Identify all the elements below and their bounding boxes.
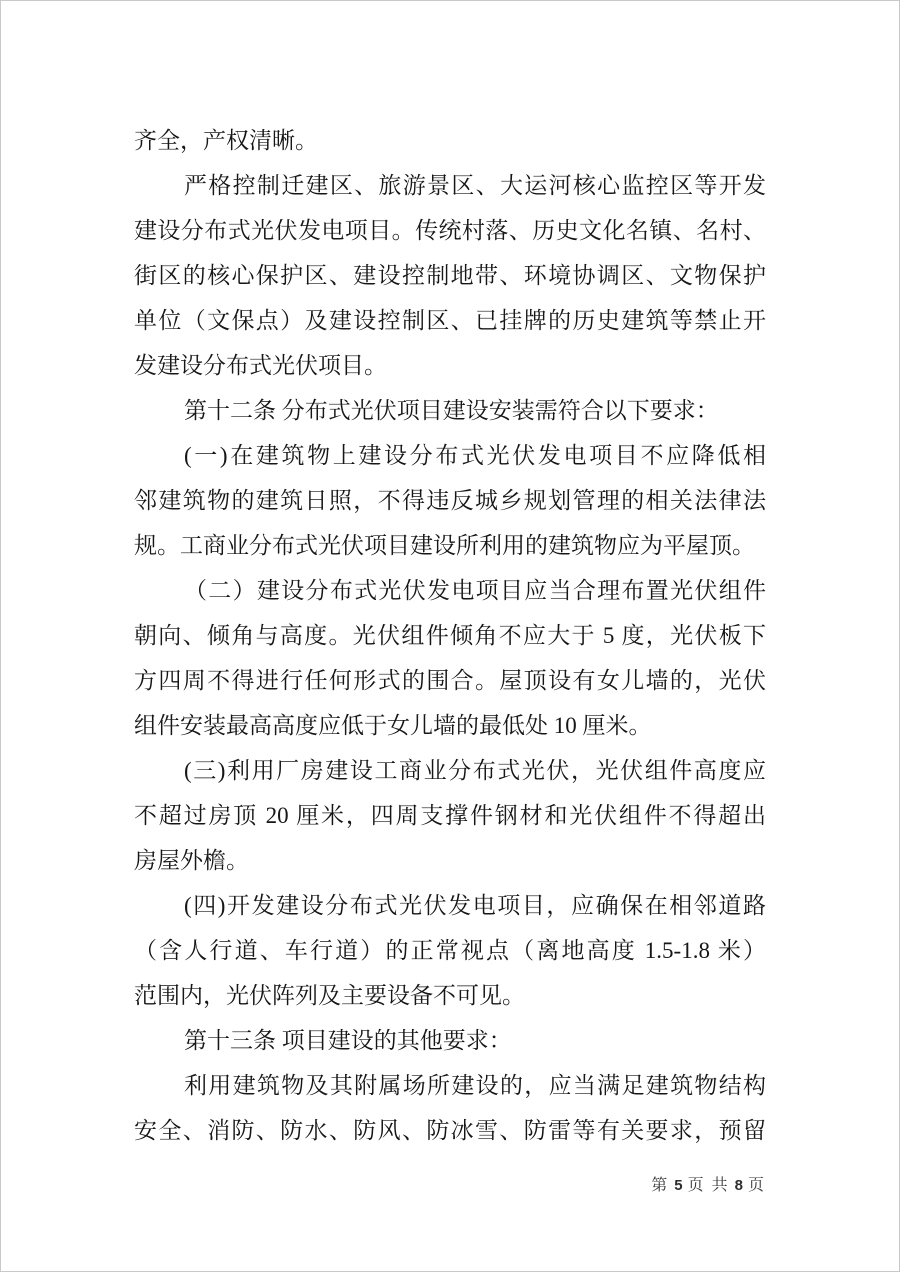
text-line: (三)利用厂房建设工商业分布式光伏，光伏组件高度应 bbox=[134, 748, 766, 793]
text-line: 规。工商业分布式光伏项目建设所利用的建筑物应为平屋顶。 bbox=[134, 523, 766, 568]
footer-suffix-label: 页 bbox=[748, 1177, 766, 1194]
text-line: 齐全，产权清晰。 bbox=[134, 118, 766, 163]
text-line-article-13-heading: 第十三条 项目建设的其他要求： bbox=[134, 1018, 766, 1063]
text-line: (一)在建筑物上建设分布式光伏发电项目不应降低相 bbox=[134, 433, 766, 478]
text-line: 安全、消防、防水、防风、防冰雪、防雷等有关要求，预留 bbox=[134, 1108, 766, 1153]
page-number-footer: 第5页 共8页 bbox=[651, 1175, 766, 1197]
text-line: 朝向、倾角与高度。光伏组件倾角不应大于 5 度，光伏板下 bbox=[134, 613, 766, 658]
text-line-article-12-heading: 第十二条 分布式光伏项目建设安装需符合以下要求： bbox=[134, 388, 766, 433]
document-page: 齐全，产权清晰。 严格控制迁建区、旅游景区、大运河核心监控区等开发 建设分布式光… bbox=[0, 0, 900, 1272]
text-line: 范围内，光伏阵列及主要设备不可见。 bbox=[134, 973, 766, 1018]
text-line: 建设分布式光伏发电项目。传统村落、历史文化名镇、名村、 bbox=[134, 208, 766, 253]
text-line: 房屋外檐。 bbox=[134, 838, 766, 883]
text-line: 街区的核心保护区、建设控制地带、环境协调区、文物保护 bbox=[134, 253, 766, 298]
text-line: 发建设分布式光伏项目。 bbox=[134, 343, 766, 388]
text-line: 严格控制迁建区、旅游景区、大运河核心监控区等开发 bbox=[134, 163, 766, 208]
text-line: （含人行道、车行道）的正常视点（离地高度 1.5-1.8 米） bbox=[134, 928, 766, 973]
footer-current-page-number: 5 bbox=[674, 1177, 682, 1194]
footer-prefix-label: 第 bbox=[651, 1177, 669, 1194]
text-line: 邻建筑物的建筑日照，不得违反城乡规划管理的相关法律法 bbox=[134, 478, 766, 523]
text-line: （二）建设分布式光伏发电项目应当合理布置光伏组件 bbox=[134, 568, 766, 613]
footer-total-page-number: 8 bbox=[735, 1177, 743, 1194]
text-line: 利用建筑物及其附属场所建设的，应当满足建筑物结构 bbox=[134, 1063, 766, 1108]
text-line: 单位（文保点）及建设控制区、已挂牌的历史建筑等禁止开 bbox=[134, 298, 766, 343]
text-line: 组件安装最高高度应低于女儿墙的最低处 10 厘米。 bbox=[134, 703, 766, 748]
document-body: 齐全，产权清晰。 严格控制迁建区、旅游景区、大运河核心监控区等开发 建设分布式光… bbox=[134, 118, 766, 1153]
text-line: 不超过房顶 20 厘米，四周支撑件钢材和光伏组件不得超出 bbox=[134, 793, 766, 838]
text-line: (四)开发建设分布式光伏发电项目，应确保在相邻道路 bbox=[134, 883, 766, 928]
text-line: 方四周不得进行任何形式的围合。屋顶设有女儿墙的，光伏 bbox=[134, 658, 766, 703]
footer-middle-label: 页 共 bbox=[688, 1177, 730, 1194]
